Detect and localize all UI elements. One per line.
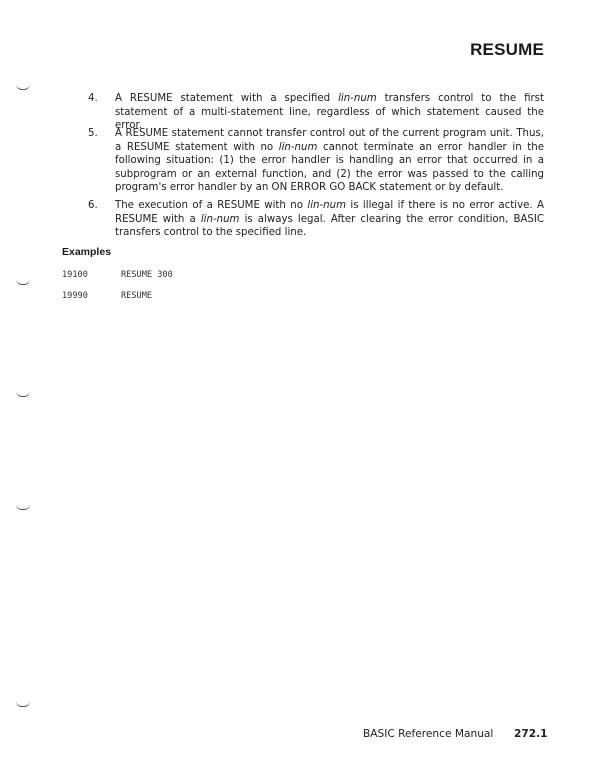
page-title: RESUME bbox=[470, 40, 544, 60]
code-example-line: 19100RESUME 300 bbox=[62, 270, 173, 280]
binding-hole-mark bbox=[16, 279, 30, 285]
rule-text: A RESUME statement cannot transfer contr… bbox=[115, 127, 544, 195]
footer-manual-title: BASIC Reference Manual bbox=[363, 728, 493, 740]
code-line-number: 19100 bbox=[62, 270, 121, 280]
code-line-number: 19990 bbox=[62, 291, 121, 301]
binding-hole-mark bbox=[16, 504, 30, 510]
binding-hole-mark bbox=[16, 701, 30, 707]
rule-item-5: 5. A RESUME statement cannot transfer co… bbox=[88, 127, 544, 195]
code-example-line: 19990RESUME bbox=[62, 291, 152, 301]
term-italic: lin-num bbox=[201, 214, 240, 225]
examples-heading: Examples bbox=[62, 246, 111, 258]
binding-hole-mark bbox=[16, 391, 30, 397]
footer-page-number: 272.1 bbox=[514, 728, 548, 740]
term-italic: lin-num bbox=[307, 200, 346, 211]
rule-text: The execution of a RESUME with no lin-nu… bbox=[115, 199, 544, 240]
text-run: A RESUME statement with a specified bbox=[115, 93, 338, 104]
rule-number: 5. bbox=[88, 127, 115, 195]
binding-hole-mark bbox=[16, 84, 30, 90]
term-italic: lin-num bbox=[279, 142, 318, 153]
rule-number: 6. bbox=[88, 199, 115, 240]
term-italic: lin-num bbox=[338, 93, 377, 104]
code-statement: RESUME bbox=[121, 291, 152, 301]
code-statement: RESUME 300 bbox=[121, 270, 173, 280]
text-run: The execution of a RESUME with no bbox=[115, 200, 307, 211]
rule-item-6: 6. The execution of a RESUME with no lin… bbox=[88, 199, 544, 240]
